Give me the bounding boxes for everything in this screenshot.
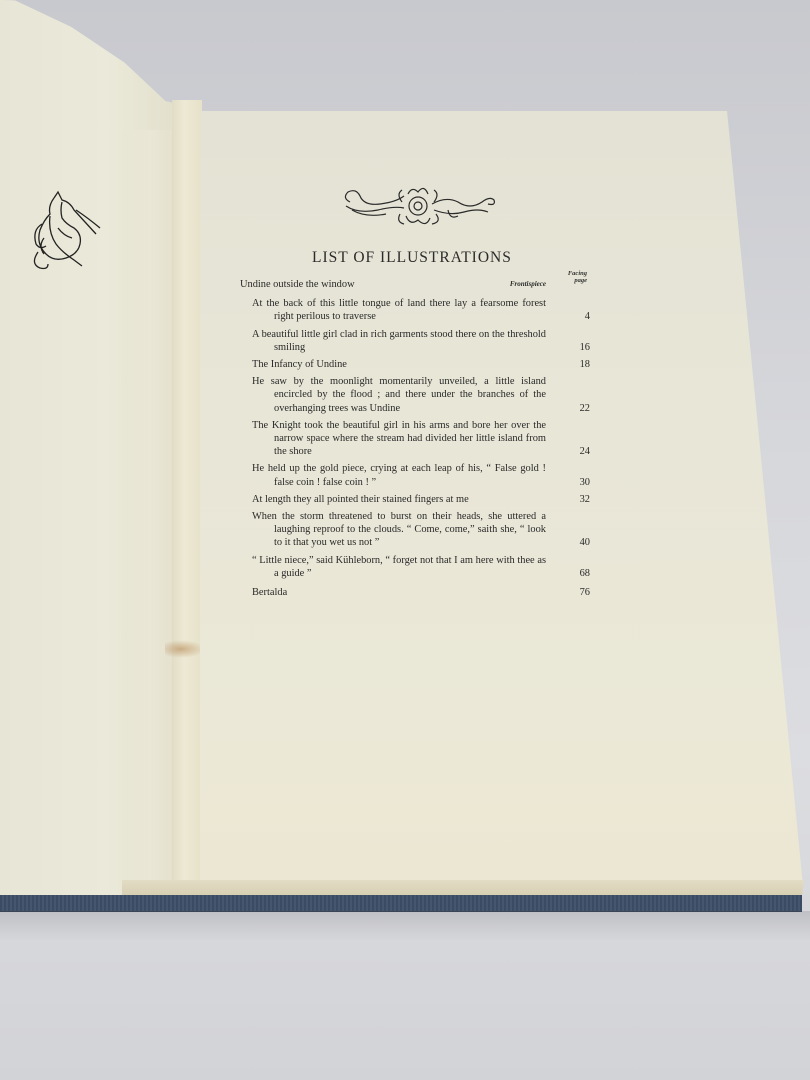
illustration-caption: The Knight took the beautiful girl in hi… [250,419,546,459]
list-item: When the storm threatened to burst on th… [250,510,590,550]
page-block-edge [122,880,804,896]
page-number: 16 [550,341,590,354]
right-page-sheet [200,111,803,886]
page-title: LIST OF ILLUSTRATIONS [312,249,528,267]
illustration-caption: Bertalda [250,586,546,599]
illustration-caption: At length they all pointed their stained… [250,493,546,506]
photo-scene: LIST OF ILLUSTRATIONS Facing page Undine… [0,0,810,1080]
page-number: 4 [550,310,590,323]
page-number: 24 [550,445,590,458]
gutter [172,100,202,895]
book-shadow [0,911,810,941]
list-item: At length they all pointed their stained… [250,493,590,506]
cloth-binding [0,895,802,912]
illustrations-list: Undine outside the window Frontispiece A… [250,278,590,603]
page-number: 30 [550,476,590,489]
floral-scroll-ornament-icon [338,180,500,232]
foxing-stain [165,640,205,658]
list-item: The Infancy of Undine 18 [250,358,590,371]
facing-label: Facing [543,270,587,277]
page-number: 18 [550,358,590,371]
list-item: A beautiful little girl clad in rich gar… [250,328,590,354]
facing-page-header: Facing page [543,270,587,284]
list-item: He saw by the moonlight momentarily unve… [250,375,590,415]
list-item: The Knight took the beautiful girl in hi… [250,419,590,459]
page-number: 76 [550,586,590,599]
page-label: page [543,277,587,284]
list-item: He held up the gold piece, crying at eac… [250,462,590,488]
figure-vignette-icon [18,188,102,276]
illustration-caption: A beautiful little girl clad in rich gar… [250,328,546,354]
list-item: Bertalda 76 [250,586,590,599]
page-number: 68 [550,567,590,580]
illustration-caption: He saw by the moonlight momentarily unve… [250,375,546,415]
page-number: 40 [550,536,590,549]
illustration-caption: Undine outside the window [250,278,546,291]
frontispiece-note: Frontispiece [510,278,546,291]
illustration-caption: When the storm threatened to burst on th… [250,510,546,550]
illustration-caption: At the back of this little tongue of lan… [250,297,546,323]
illustration-caption: He held up the gold piece, crying at eac… [250,462,546,488]
list-item: “ Little niece,” said Kühleborn, “ forge… [250,554,590,580]
page-number: 22 [550,402,590,415]
list-item: Undine outside the window Frontispiece [250,278,590,291]
page-number: 32 [550,493,590,506]
illustration-caption: “ Little niece,” said Kühleborn, “ forge… [250,554,546,580]
illustration-caption: The Infancy of Undine [250,358,546,371]
page-hinge [122,130,178,895]
list-item: At the back of this little tongue of lan… [250,297,590,323]
